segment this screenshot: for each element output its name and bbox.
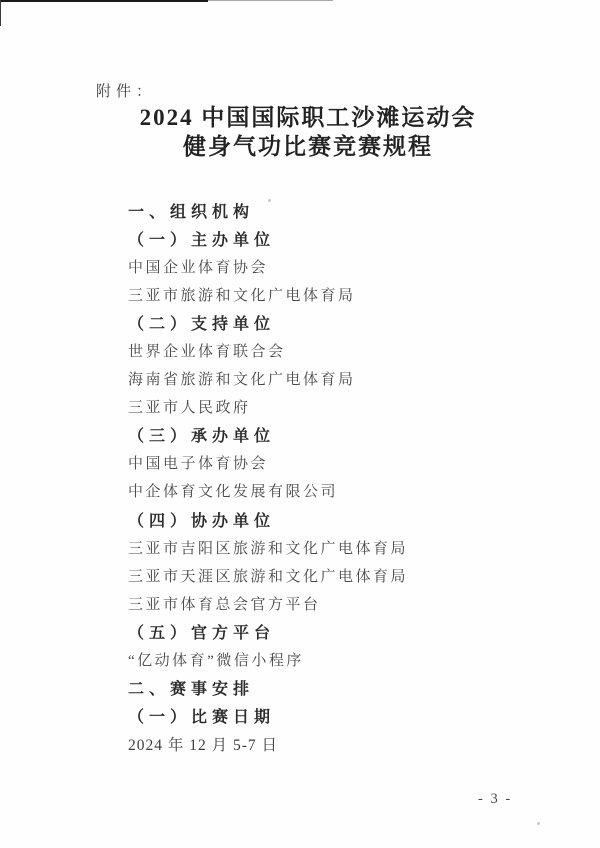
document-page: 附件： 2024 中国国际职工沙滩运动会 健身气功比赛竞赛规程 一、组织机构（一…: [0, 0, 600, 848]
text-line-body: 世界企业体育联合会: [128, 336, 528, 364]
text-line-date: 2024 年 12 月 5-7 日: [128, 730, 528, 758]
text-line-subsection: （三）承办单位: [128, 421, 528, 449]
text-line-subsection: （五）官方平台: [128, 617, 528, 645]
text-line-body: 三亚市人民政府: [128, 393, 528, 421]
document-body: 一、组织机构（一）主办单位中国企业体育协会三亚市旅游和文化广电体育局（二）支持单…: [128, 196, 528, 758]
text-line-subsection: （四）协办单位: [128, 505, 528, 533]
text-line-body: 中国企业体育协会: [128, 252, 528, 280]
text-line-subsection: （一）主办单位: [128, 224, 528, 252]
text-line-body: 中国电子体育协会: [128, 449, 528, 477]
text-line-body: “亿动体育”微信小程序: [128, 646, 528, 674]
text-line-subsection: （一）比赛日期: [128, 702, 528, 730]
document-title: 2024 中国国际职工沙滩运动会 健身气功比赛竞赛规程: [0, 103, 600, 161]
text-line-section: 一、组织机构: [128, 196, 528, 224]
text-line-body: 三亚市吉阳区旅游和文化广电体育局: [128, 533, 528, 561]
text-line-body: 三亚市体育总会官方平台: [128, 589, 528, 617]
scan-artifact-top-line-fade: [208, 0, 333, 1]
text-line-body: 三亚市天涯区旅游和文化广电体育局: [128, 561, 528, 589]
document-title-line1: 2024 中国国际职工沙滩运动会: [0, 103, 600, 132]
page-number: - 3 -: [478, 791, 512, 808]
attachment-label: 附件：: [96, 80, 156, 101]
scan-speck: [537, 822, 540, 825]
text-line-subsection: （二）支持单位: [128, 308, 528, 336]
text-line-body: 海南省旅游和文化广电体育局: [128, 365, 528, 393]
text-line-body: 三亚市旅游和文化广电体育局: [128, 280, 528, 308]
scan-artifact-top-line: [0, 0, 208, 2]
text-line-body: 中企体育文化发展有限公司: [128, 477, 528, 505]
document-title-line2: 健身气功比赛竞赛规程: [0, 132, 600, 161]
text-line-section: 二、赛事安排: [128, 674, 528, 702]
scan-artifact-left-line: [0, 0, 1, 26]
